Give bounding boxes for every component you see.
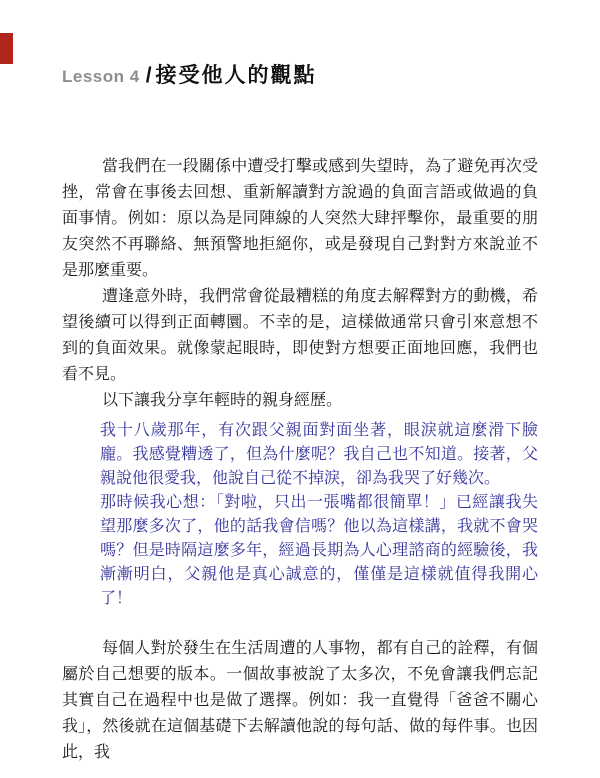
body-text: 當我們在一段關係中遭受打擊或感到失望時，為了避免再次受挫，常會在事後去回想、重新…: [62, 154, 538, 766]
lesson-number-label: Lesson 4: [62, 67, 140, 86]
chapter-tab-marker: [0, 33, 13, 64]
paragraph-2: 遭逢意外時，我們常會從最糟糕的角度去解釋對方的動機，希望後續可以得到正面轉圜。不…: [62, 284, 538, 388]
personal-story-quote-block: 我十八歲那年，有次跟父親面對面坐著，眼淚就這麼滑下臉龐。我感覺糟透了，但為什麼呢…: [100, 418, 538, 610]
page-title: Lesson 4/接受他人的觀點: [62, 60, 538, 94]
quote-paragraph-1: 我十八歲那年，有次跟父親面對面坐著，眼淚就這麼滑下臉龐。我感覺糟透了，但為什麼呢…: [100, 418, 538, 490]
closing-paragraph: 每個人對於發生在生活周遭的人事物，都有自己的詮釋，有個屬於自己想要的版本。一個故…: [62, 636, 538, 766]
chapter-title: 接受他人的觀點: [156, 64, 317, 87]
quote-paragraph-2: 那時候我心想：「對啦，只出一張嘴都很簡單！」已經讓我失望那麼多次了，他的話我會信…: [100, 490, 538, 610]
paragraph-1: 當我們在一段關係中遭受打擊或感到失望時，為了避免再次受挫，常會在事後去回想、重新…: [62, 154, 538, 284]
title-separator: /: [146, 64, 152, 87]
book-page: Lesson 4/接受他人的觀點 當我們在一段關係中遭受打擊或感到失望時，為了避…: [0, 0, 600, 778]
paragraph-3: 以下讓我分享年輕時的親身經歷。: [62, 388, 538, 414]
